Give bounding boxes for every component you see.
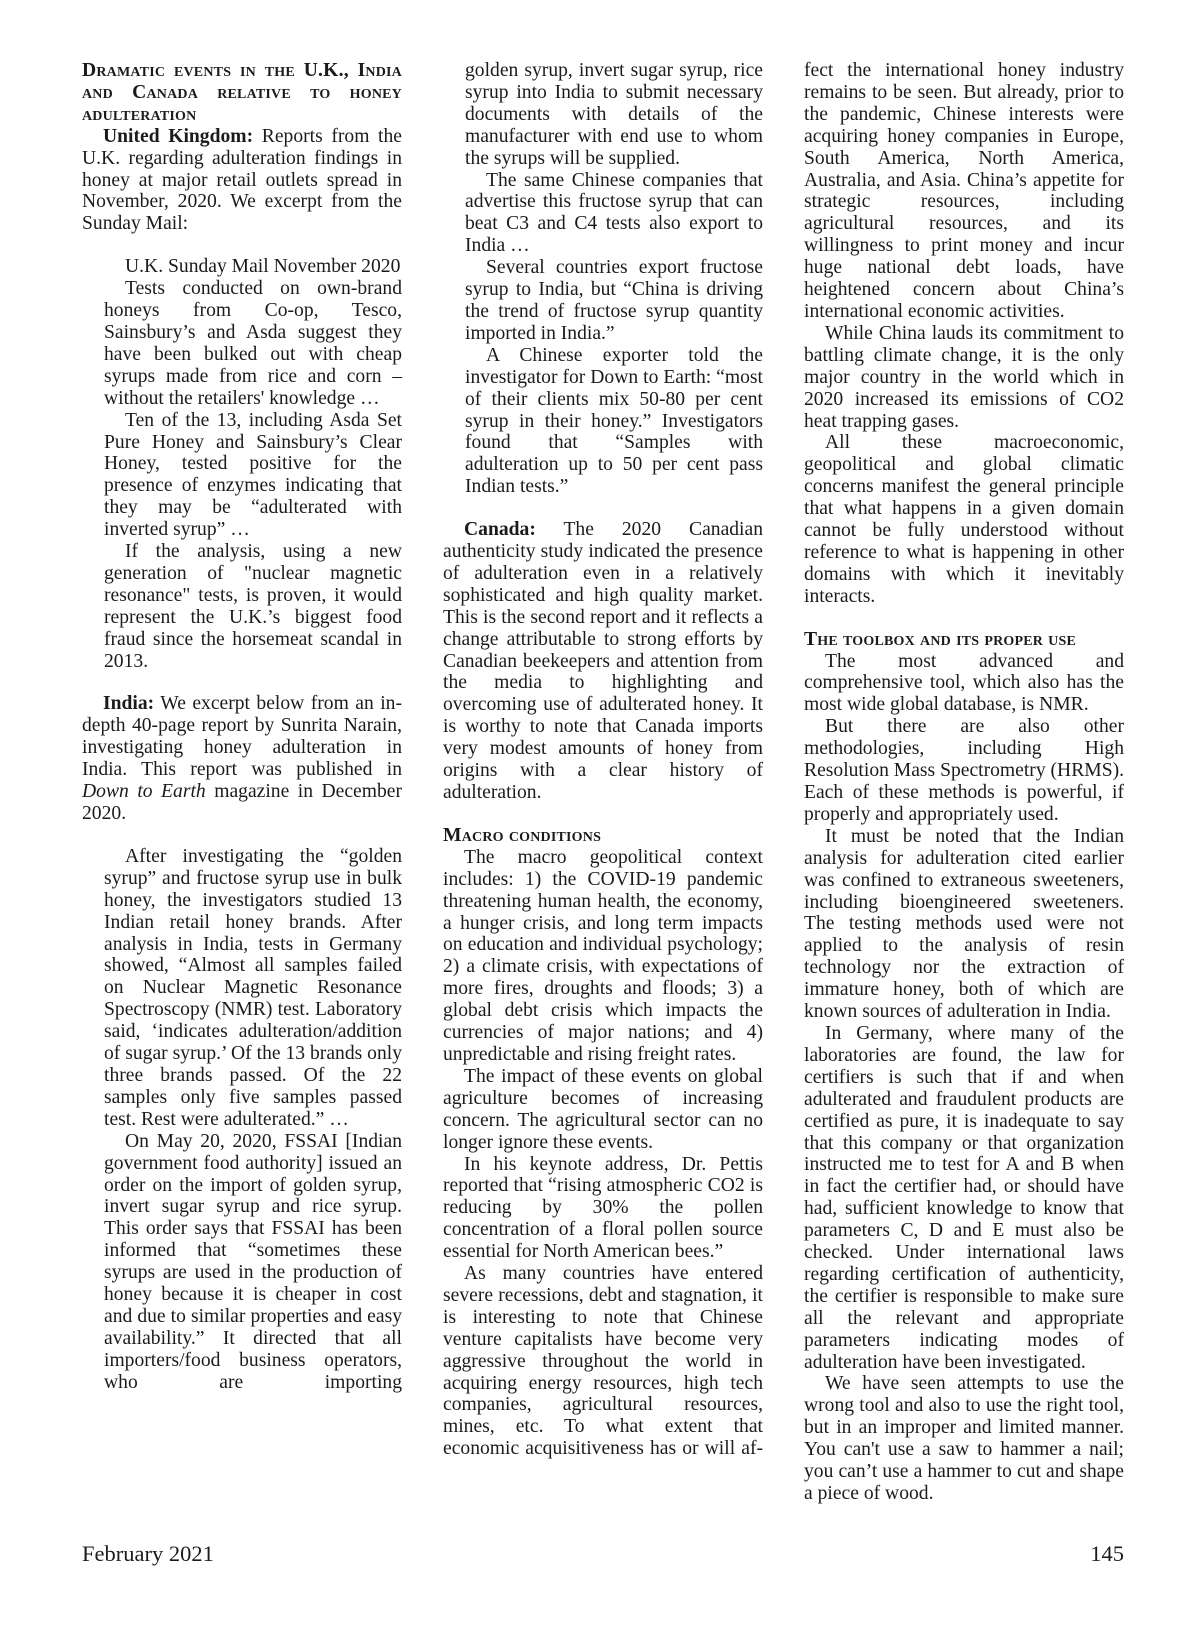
- paragraph-spacer: [82, 672, 402, 693]
- body-paragraph: The most advanced and comprehensive tool…: [804, 651, 1124, 717]
- body-paragraph: While China lauds its commitment to batt…: [804, 323, 1124, 433]
- footer-issue-date: February 2021: [82, 1541, 214, 1567]
- excerpt-paragraph: Ten of the 13, including Asda Set Pure H…: [82, 410, 402, 541]
- paragraph-lead: United Kingdom:: [103, 126, 253, 147]
- excerpt-paragraph: U.K. Sunday Mail November 2020: [82, 256, 402, 278]
- section-heading: Macro conditions: [443, 825, 763, 847]
- excerpt-paragraph: The same Chinese companies that advertis…: [443, 170, 763, 258]
- paragraph-spacer: [443, 498, 763, 519]
- excerpt-paragraph: Several countries export fructose syrup …: [443, 257, 763, 345]
- excerpt-paragraph: A Chinese exporter told the investigator…: [443, 345, 763, 498]
- body-paragraph: We have seen attempts to use the wrong t…: [804, 1373, 1124, 1504]
- italic-title: Down to Earth: [82, 781, 206, 802]
- paragraph-spacer: [443, 804, 763, 825]
- body-paragraph: The impact of these events on global agr…: [443, 1066, 763, 1154]
- body-paragraph: In his keynote address, Dr. Pettis repor…: [443, 1154, 763, 1264]
- excerpt-paragraph: If the analysis, using a new generation …: [82, 541, 402, 672]
- column-right: fect the international honey industry re…: [804, 60, 1124, 1505]
- paragraph-lead: India:: [103, 693, 154, 714]
- body-paragraph: As many countries have entered severe re…: [443, 1263, 763, 1460]
- body-paragraph: In Germany, where many of the laboratori…: [804, 1023, 1124, 1374]
- article-body: Dramatic events in the U.K., India and C…: [82, 60, 1124, 1505]
- section-heading: Dramatic events in the U.K., India and C…: [82, 60, 402, 126]
- body-paragraph: All these macroeconomic, geopolitical an…: [804, 432, 1124, 607]
- excerpt-paragraph: golden syrup, invert sugar syrup, rice s…: [443, 60, 763, 170]
- body-paragraph: United Kingdom: Reports from the U.K. re…: [82, 126, 402, 236]
- body-paragraph: The macro geopolitical context includes:…: [443, 847, 763, 1066]
- column-left: Dramatic events in the U.K., India and C…: [82, 60, 402, 1505]
- excerpt-paragraph: After investigating the “golden syrup” a…: [82, 846, 402, 1131]
- page-footer: February 2021 145: [82, 1541, 1124, 1567]
- paragraph-lead: Canada:: [464, 519, 536, 540]
- body-paragraph: But there are also other methodologies, …: [804, 716, 1124, 826]
- magazine-page: Dramatic events in the U.K., India and C…: [0, 0, 1200, 1631]
- paragraph-spacer: [804, 608, 1124, 629]
- paragraph-spacer: [82, 825, 402, 846]
- column-middle: golden syrup, invert sugar syrup, rice s…: [443, 60, 763, 1505]
- body-paragraph: fect the international honey industry re…: [804, 60, 1124, 323]
- footer-page-number: 145: [1090, 1541, 1124, 1567]
- body-paragraph: It must be noted that the Indian analysi…: [804, 826, 1124, 1023]
- paragraph-spacer: [82, 235, 402, 256]
- body-paragraph: India: We excerpt below from an in-depth…: [82, 693, 402, 824]
- excerpt-paragraph: On May 20, 2020, FSSAI [Indian governmen…: [82, 1131, 402, 1394]
- section-heading: The toolbox and its proper use: [804, 629, 1124, 651]
- body-paragraph: Canada: The 2020 Canadian authenticity s…: [443, 519, 763, 804]
- excerpt-paragraph: Tests conducted on own-brand honeys from…: [82, 278, 402, 409]
